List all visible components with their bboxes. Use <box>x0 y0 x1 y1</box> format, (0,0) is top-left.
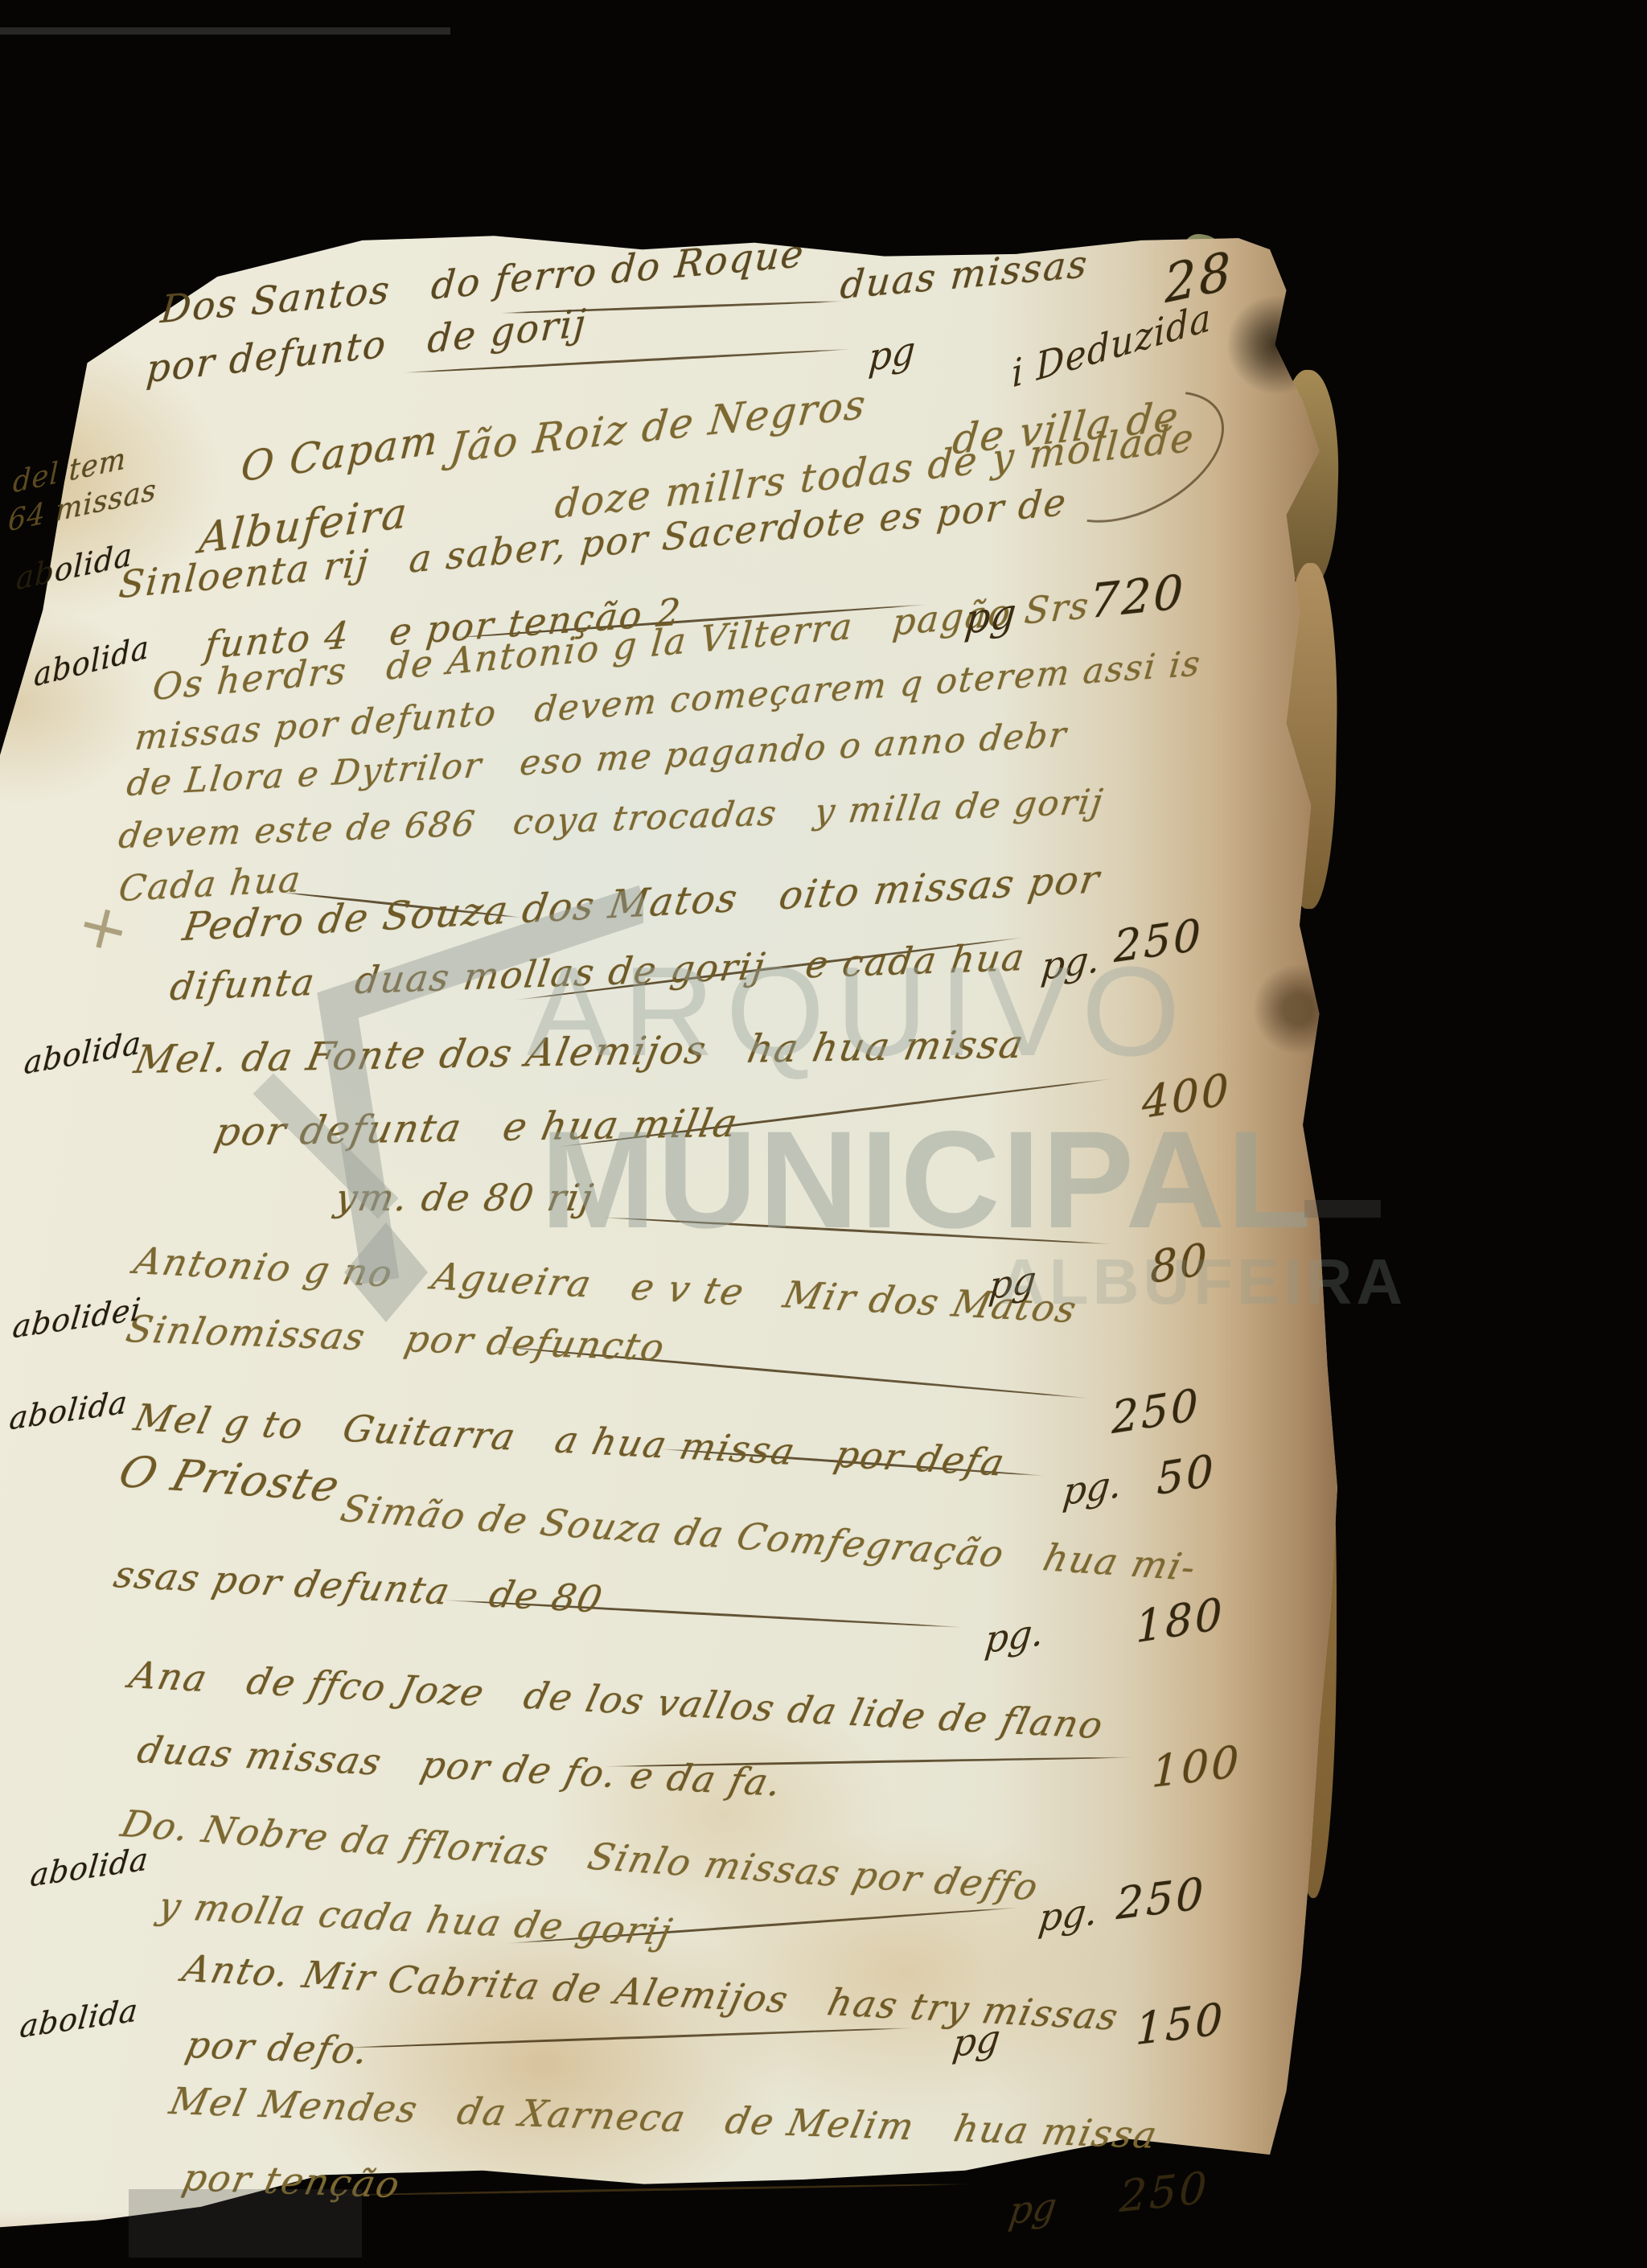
payment-mark: pg <box>1006 2184 1059 2233</box>
payment-mark: pg. <box>1037 1888 1101 1940</box>
amount-value: 50 <box>1156 1444 1216 1505</box>
amount-value: 250 <box>1119 2162 1210 2222</box>
payment-mark: pg. <box>983 1609 1046 1662</box>
manuscript-photo: 28 i Deduzida Dos Santos do ferro do Roq… <box>0 0 1647 2268</box>
payment-mark: pg. <box>1061 1461 1124 1514</box>
payment-mark: pg <box>951 2015 1003 2065</box>
amount-value: 720 <box>1089 564 1186 629</box>
watermark-arquivo: ARQUIVO <box>527 939 1192 1085</box>
scan-artifact <box>0 27 450 35</box>
watermark-albufeira: ALBUFEIRA <box>999 1245 1407 1319</box>
scan-artifact <box>1304 1200 1381 1218</box>
scan-artifact <box>129 2189 362 2258</box>
watermark-municipal: MUNICIPAL <box>540 1100 1313 1259</box>
payment-mark: pg <box>963 589 1019 643</box>
ink-stroke <box>334 2183 977 2196</box>
payment-mark: pg <box>867 327 917 380</box>
handwriting-line: por defo. <box>182 2023 373 2073</box>
